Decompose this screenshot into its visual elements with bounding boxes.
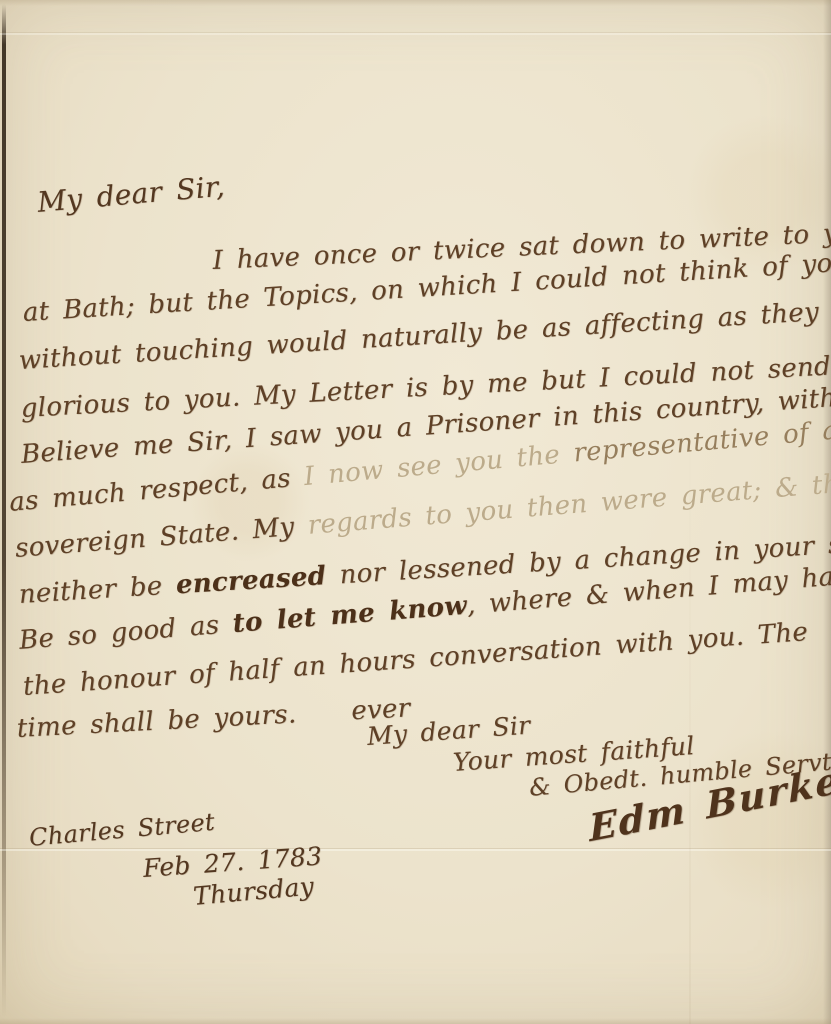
paper-fold-crease-bottom (0, 848, 831, 851)
page-top-edge-shadow (0, 0, 831, 6)
dateline-place: Charles Street (28, 808, 216, 852)
page-left-edge-shadow (2, 4, 6, 1018)
salutation: My dear Sir, (36, 170, 226, 219)
body-line-11: time shall be yours.ever (16, 693, 411, 744)
paper-fold-crease-top (0, 32, 831, 35)
page-right-edge-shadow (823, 0, 831, 1024)
letter-scan: My dear Sir, I have once or twice sat do… (0, 0, 831, 1024)
page-bottom-edge-shadow (0, 1018, 831, 1024)
